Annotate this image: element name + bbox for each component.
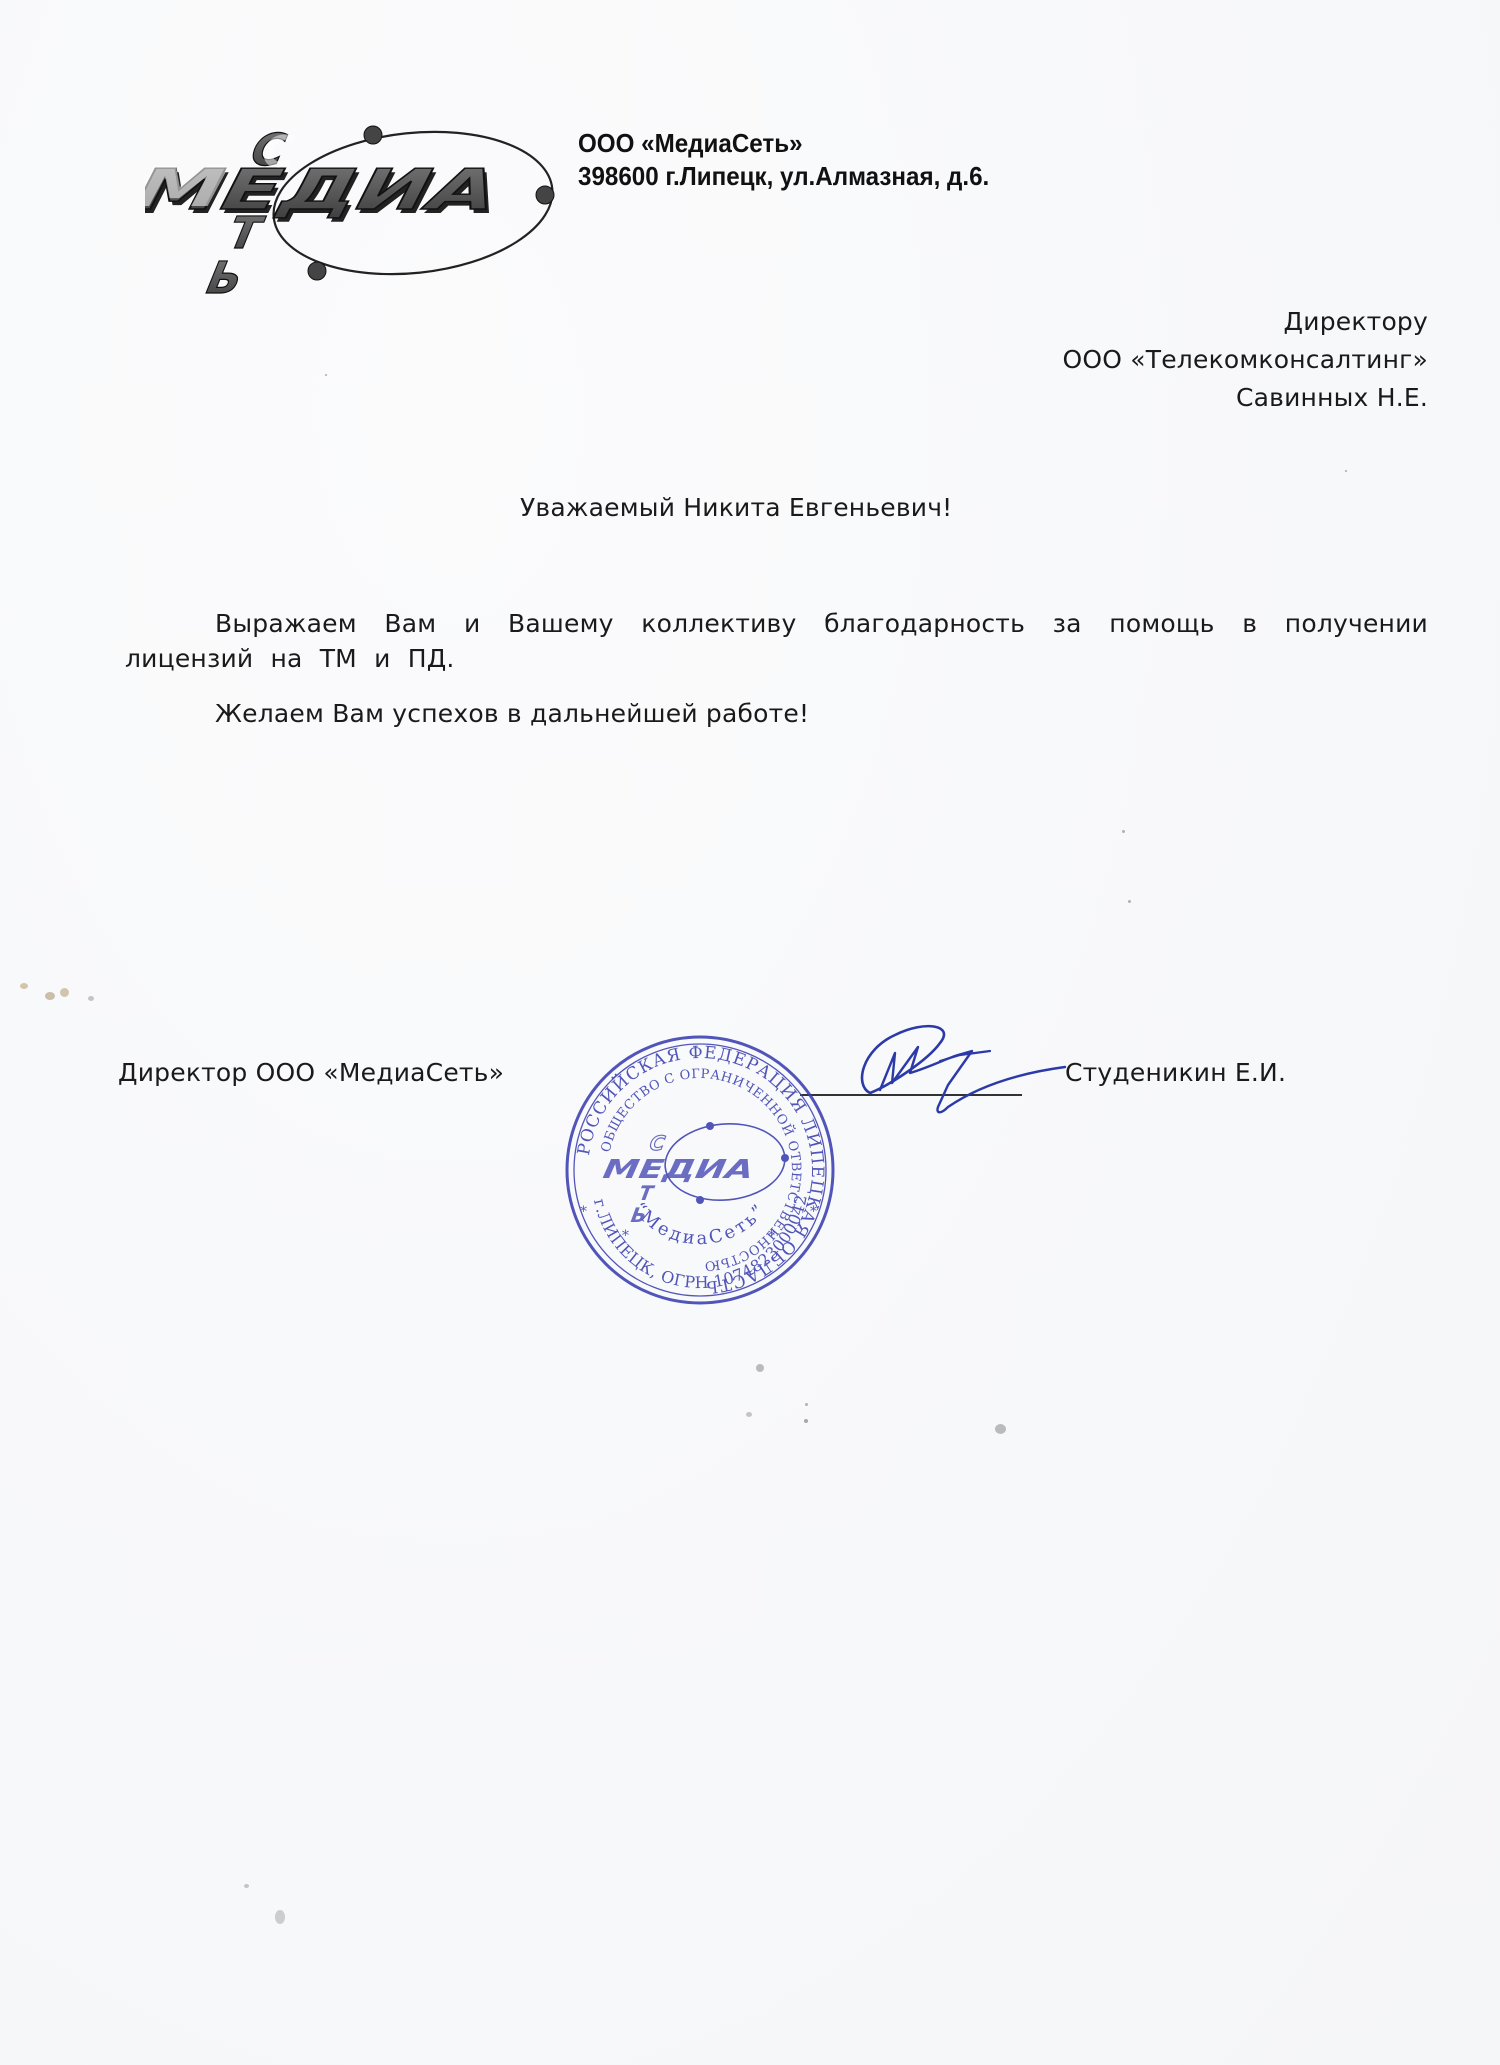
signer-position: Директор ООО «МедиаСеть» <box>118 1058 504 1087</box>
company-seal: РОССИЙСКАЯ ФЕДЕРАЦИЯ ЛИПЕЦКАЯ ОБЛАСТЬ ОБ… <box>560 1030 840 1310</box>
greeting: Уважаемый Никита Евгеньевич! <box>520 493 952 522</box>
seal-icon: РОССИЙСКАЯ ФЕДЕРАЦИЯ ЛИПЕЦКАЯ ОБЛАСТЬ ОБ… <box>560 1030 840 1310</box>
scan-smudge <box>275 1910 285 1924</box>
company-address: 398600 г.Липецк, ул.Алмазная, д.6. <box>578 161 989 192</box>
seal-center-name: “МедиаСеть” <box>628 1198 771 1249</box>
svg-text:МЕДИА: МЕДИА <box>601 1155 756 1185</box>
svg-text:“МедиаСеть”: “МедиаСеть” <box>628 1198 771 1249</box>
body-paragraph-wishes: Желаем Вам успехов в дальнейшей работе! <box>125 696 1428 731</box>
addressee-block: Директору ООО «Телекомконсалтинг» Савинн… <box>1062 303 1428 417</box>
scan-smudge <box>805 1403 808 1406</box>
signer-name: Студеникин Е.И. <box>1065 1058 1286 1087</box>
svg-text:*: * <box>580 1204 587 1220</box>
scan-smudge <box>244 1884 249 1888</box>
svg-text:М: М <box>145 155 234 220</box>
svg-text:*: * <box>622 1228 629 1244</box>
svg-text:*: * <box>768 1228 775 1244</box>
scan-smudge <box>45 992 55 1000</box>
scan-smudge <box>995 1424 1006 1434</box>
addressee-title: Директору <box>1062 303 1428 341</box>
svg-text:С: С <box>648 1131 667 1155</box>
scan-smudge <box>756 1364 764 1372</box>
scan-smudge <box>746 1412 752 1417</box>
svg-text:Т: Т <box>637 1181 657 1205</box>
body-paragraph-gratitude: Выражаем Вам и Вашему коллективу благода… <box>125 606 1428 676</box>
svg-text:*: * <box>810 1204 817 1220</box>
mediaset-logo-icon: МЕДИА МЕДИА М С Т Ь С <box>145 115 565 305</box>
scan-smudge <box>88 996 94 1001</box>
scan-smudge <box>20 983 28 989</box>
scan-smudge <box>1128 900 1131 903</box>
scan-smudge <box>325 374 327 376</box>
letter-page: МЕДИА МЕДИА М С Т Ь С ООО «МедиаСеть» 39… <box>0 0 1500 2065</box>
scan-smudge <box>1345 470 1347 472</box>
svg-text:Ь: Ь <box>203 253 247 303</box>
company-logo: МЕДИА МЕДИА М С Т Ь С <box>145 115 565 305</box>
handwritten-signature <box>840 1015 1080 1135</box>
scan-smudge <box>60 988 69 997</box>
addressee-company: ООО «Телекомконсалтинг» <box>1062 341 1428 379</box>
scan-smudge <box>1122 830 1125 833</box>
scan-smudge <box>804 1419 808 1423</box>
signature-scribble-icon <box>840 1015 1080 1135</box>
addressee-name: Савинных Н.Е. <box>1062 379 1428 417</box>
company-name: ООО «МедиаСеть» <box>578 128 803 159</box>
